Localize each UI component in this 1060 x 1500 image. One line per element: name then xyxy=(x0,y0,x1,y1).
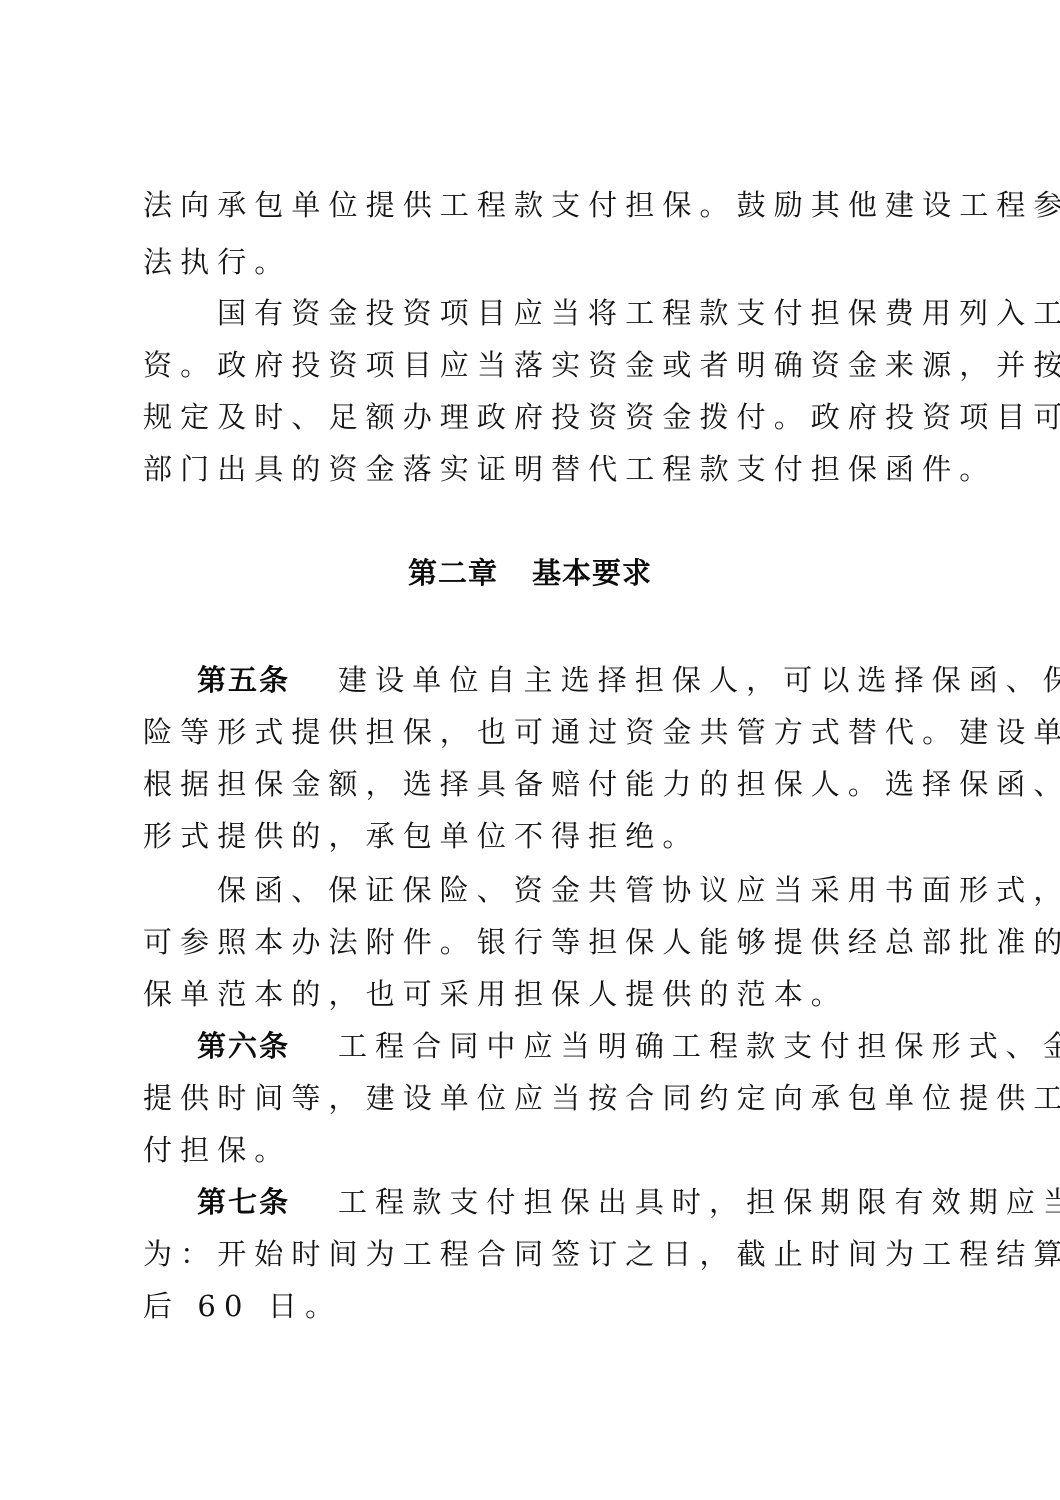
paragraph-line: 保单范本的，也可采用担保人提供的范本。 xyxy=(143,974,925,1014)
article-label: 第五条 xyxy=(197,663,290,697)
paragraph-line: 为：开始时间为工程合同签订之日，截止时间为工程结算款付清之 xyxy=(143,1234,925,1274)
paragraph-line: 资。政府投资项目应当落实资金或者明确资金来源，并按照相关 xyxy=(143,345,925,385)
chapter-title: 基本要求 xyxy=(532,556,652,590)
article-label: 第七条 xyxy=(197,1185,290,1219)
article-text: 工程款支付担保出具时，担保期限有效期应当设定 xyxy=(338,1185,1060,1219)
chapter-heading: 第二章基本要求 xyxy=(0,553,1060,593)
paragraph-line: 可参照本办法附件。银行等担保人能够提供经总部批准的保函、 xyxy=(143,922,925,962)
article-label: 第六条 xyxy=(197,1029,290,1063)
article-7-first-line: 第七条工程款支付担保出具时，担保期限有效期应当设定 xyxy=(197,1182,925,1222)
article-text: 工程合同中应当明确工程款支付担保形式、金额、 xyxy=(338,1029,1060,1063)
paragraph-line: 国有资金投资项目应当将工程款支付担保费用列入工程总投 xyxy=(217,293,925,333)
paragraph-line: 形式提供的，承包单位不得拒绝。 xyxy=(143,816,925,856)
chapter-number: 第二章 xyxy=(408,556,498,590)
paragraph-line: 保函、保证保险、资金共管协议应当采用书面形式，具体内容 xyxy=(217,870,925,910)
paragraph-line: 提供时间等，建设单位应当按合同约定向承包单位提供工程款支 xyxy=(143,1078,925,1118)
paragraph-line: 法执行。 xyxy=(143,242,925,282)
article-6-first-line: 第六条工程合同中应当明确工程款支付担保形式、金额、 xyxy=(197,1026,925,1066)
paragraph-line: 付担保。 xyxy=(143,1130,925,1170)
paragraph-line: 根据担保金额，选择具备赔付能力的担保人。选择保函、保证保险 xyxy=(143,764,925,804)
article-text: 建设单位自主选择担保人，可以选择保函、保证保 xyxy=(338,663,1060,697)
document-page: 法向承包单位提供工程款支付担保。鼓励其他建设工程参照本办 法执行。 国有资金投资… xyxy=(0,0,1060,1500)
paragraph-line: 后 60 日。 xyxy=(143,1286,925,1326)
article-5-first-line: 第五条建设单位自主选择担保人，可以选择保函、保证保 xyxy=(197,660,925,700)
paragraph-line: 法向承包单位提供工程款支付担保。鼓励其他建设工程参照本办 xyxy=(143,185,925,225)
paragraph-line: 部门出具的资金落实证明替代工程款支付担保函件。 xyxy=(143,449,925,489)
paragraph-line: 险等形式提供担保，也可通过资金共管方式替代。建设单位应当 xyxy=(143,712,925,752)
paragraph-line: 规定及时、足额办理政府投资资金拨付。政府投资项目可凭财政 xyxy=(143,397,925,437)
